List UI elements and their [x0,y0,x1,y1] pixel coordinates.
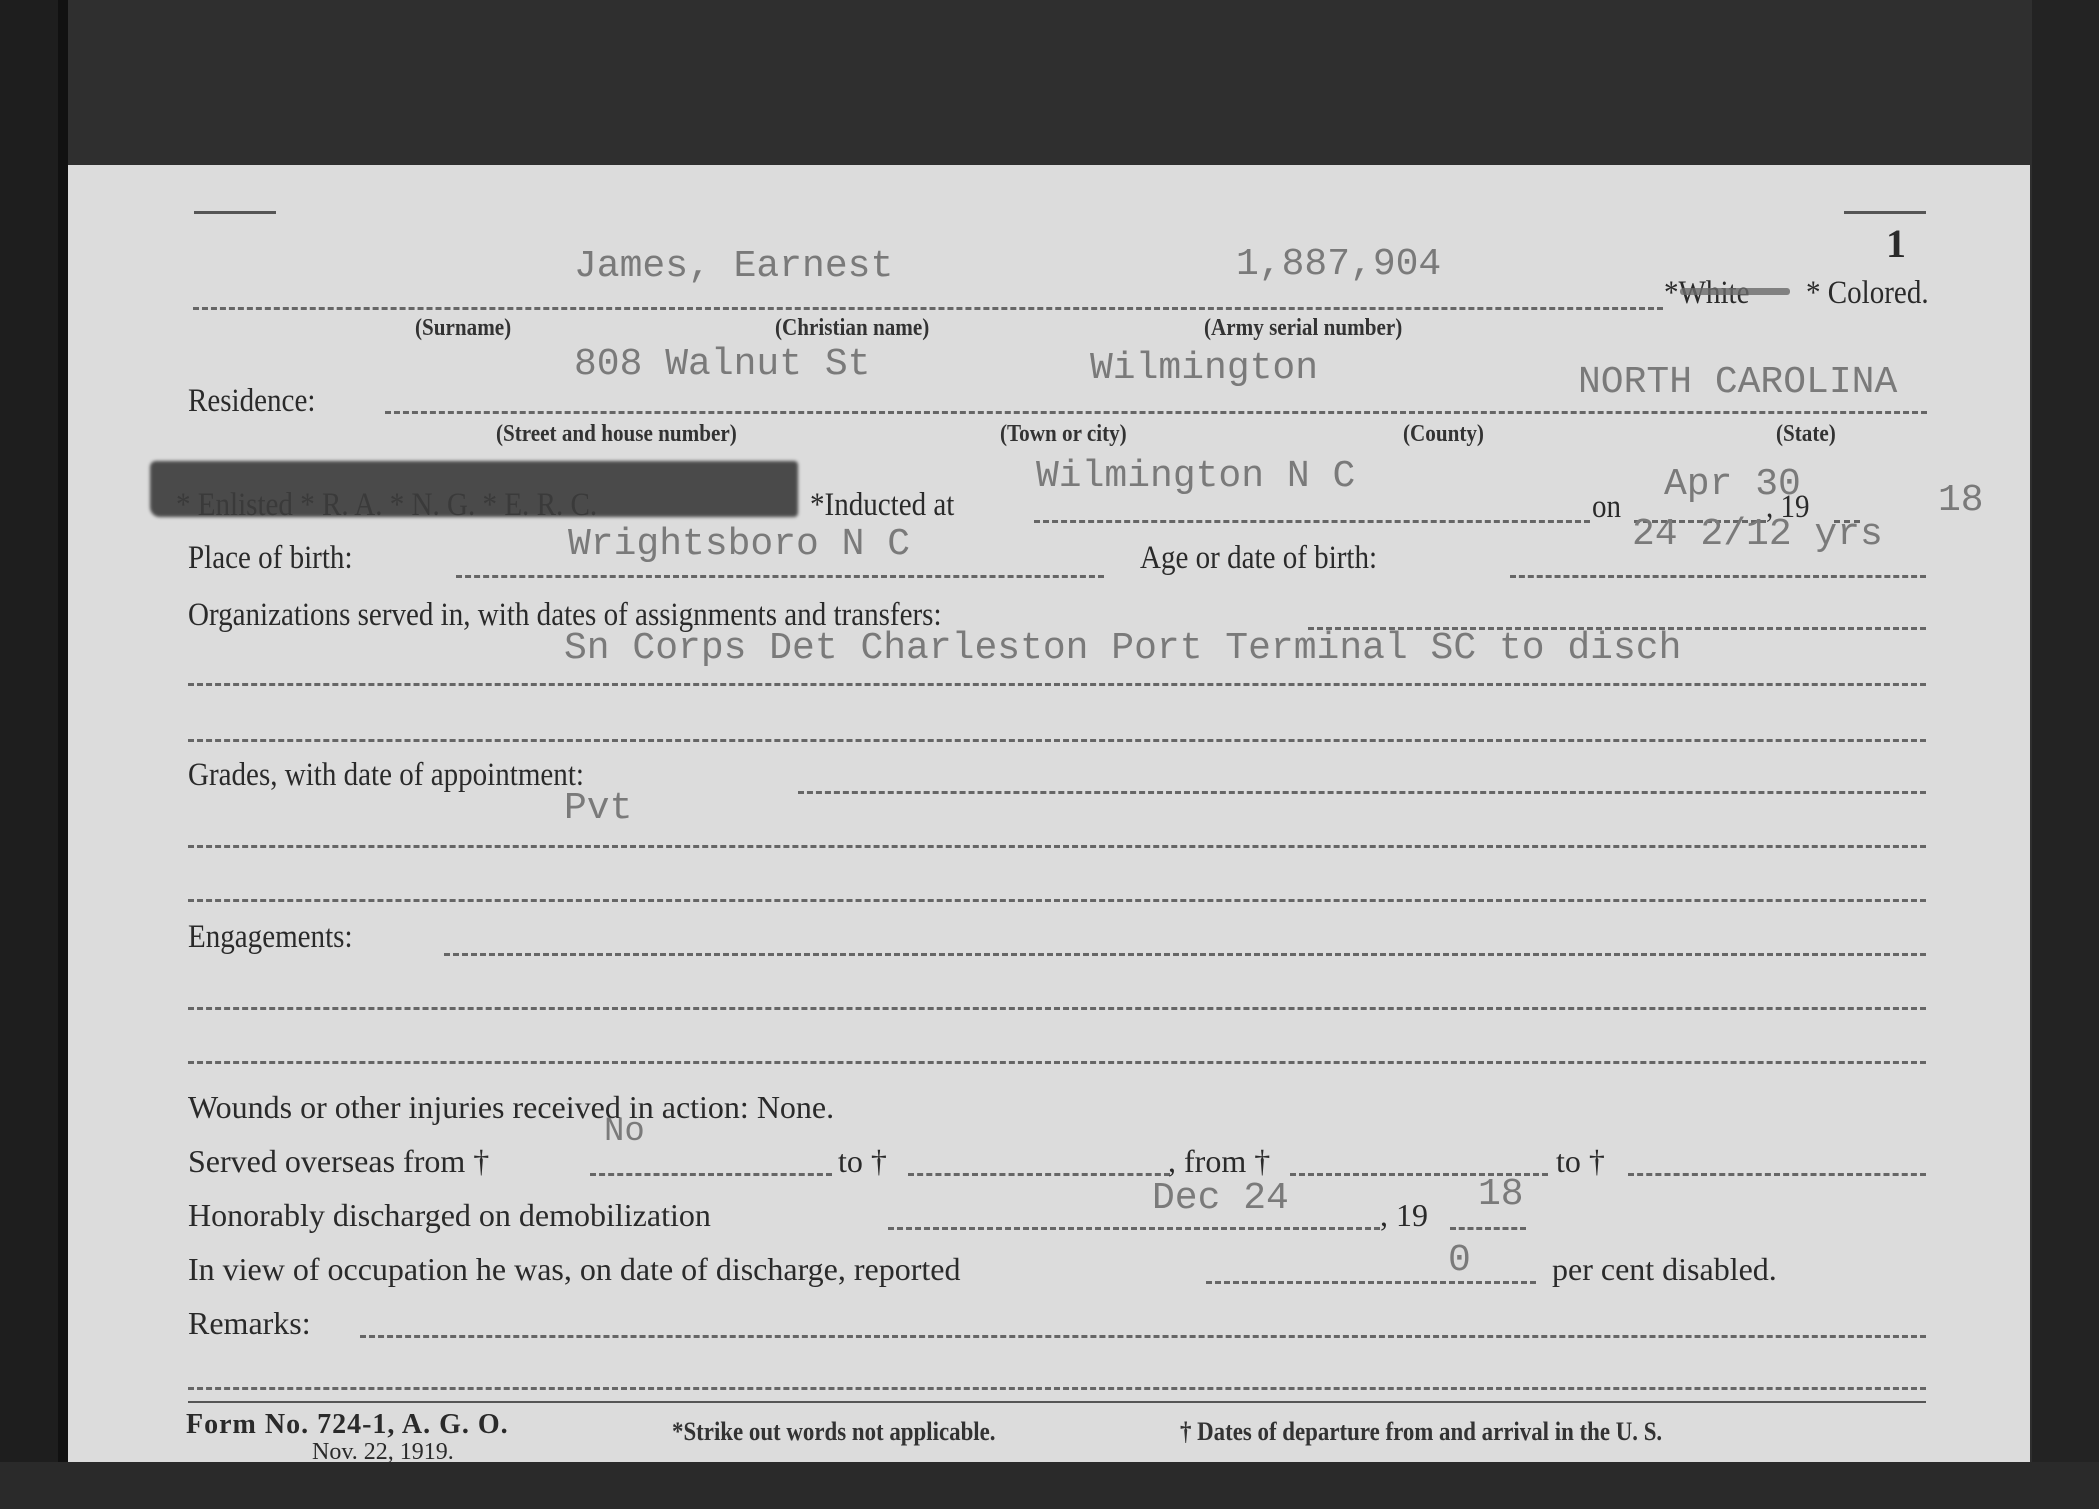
engagements-line-2 [188,1007,1926,1010]
residence-street: 808 Walnut St [574,343,870,386]
overseas-from2-label: , from † [1168,1143,1270,1180]
disability-suffix: per cent disabled. [1552,1251,1777,1288]
serial-label: (Army serial number) [1204,315,1402,342]
overseas-to-label: to † [838,1143,887,1180]
on-label: on [1592,489,1621,526]
race-colored: * Colored. [1806,275,1929,312]
overseas-to-line [908,1173,1170,1176]
discharge-year-prefix: , 19 [1380,1197,1428,1234]
age-value: 24 2/12 yrs [1632,513,1883,556]
footer-rule [188,1401,1926,1403]
enlisted-options: * Enlisted * R. A. * N. G. * E. R. C. [176,487,597,524]
town-label: (Town or city) [1000,421,1127,448]
top-right-rule [1844,211,1926,214]
background-bottom-band [0,1462,2099,1509]
inducted-label: *Inducted at [810,487,954,524]
street-label: (Street and house number) [496,421,737,448]
induction-place: Wilmington N C [1036,455,1355,498]
grades-line-1 [798,791,1926,794]
form-number: Form No. 724-1, A. G. O. [186,1409,509,1441]
induction-year: 18 [1938,479,1984,522]
residence-state: NORTH CAROLINA [1578,361,1897,404]
engagements-line-3 [188,1061,1926,1064]
discharge-date: Dec 24 [1152,1177,1289,1220]
remarks-line-2 [188,1387,1926,1390]
state-label: (State) [1776,421,1836,448]
background-left-edge [58,0,68,1509]
overseas-from-label: Served overseas from † [188,1143,489,1180]
grades-value: Pvt [564,787,632,830]
discharge-label: Honorably discharged on demobilization [188,1197,711,1234]
background-right-strip [2032,0,2099,1509]
disability-line [1206,1281,1536,1284]
top-left-rule [194,211,276,214]
discharge-year: 18 [1478,1173,1524,1216]
county-label: (County) [1403,421,1484,448]
grades-line-3 [188,899,1926,902]
birthplace-label: Place of birth: [188,540,353,577]
engagements-label: Engagements: [188,919,353,956]
serial-value: 1,887,904 [1236,243,1441,286]
name-value: James, Earnest [574,245,893,288]
page-number: 1 [1886,220,1906,267]
engagements-line-1 [444,953,1926,956]
overseas-to2-label: to † [1556,1143,1605,1180]
race-white-strike [1680,288,1790,295]
birthplace-value: Wrightsboro N C [568,523,910,566]
organizations-line-2 [188,683,1926,686]
residence-line [385,411,1927,414]
residence-town: Wilmington [1090,347,1318,390]
age-label: Age or date of birth: [1140,540,1377,577]
surname-label: (Surname) [415,315,511,342]
disability-label: In view of occupation he was, on date of… [188,1251,960,1288]
induction-place-line [1034,520,1590,523]
overseas-to2-line [1628,1173,1926,1176]
remarks-label: Remarks: [188,1305,311,1342]
name-line [193,307,1663,310]
disability-percent: 0 [1448,1239,1471,1282]
age-line [1510,575,1926,578]
grades-label: Grades, with date of appointment: [188,757,584,794]
overseas-from-line [590,1173,832,1176]
christian-name-label: (Christian name) [775,315,929,342]
discharge-year-line [1450,1227,1526,1230]
wounds-label: Wounds or other injuries received in act… [188,1089,834,1126]
service-record-card: 1 James, Earnest 1,887,904 *White * Colo… [68,165,2030,1462]
overseas-from-value: No [604,1113,645,1151]
form-date: Nov. 22, 1919. [312,1439,454,1466]
residence-label: Residence: [188,383,315,420]
organizations-value: Sn Corps Det Charleston Port Terminal SC… [564,627,1681,670]
footnote-dates: † Dates of departure from and arrival in… [1180,1417,1662,1447]
grades-line-2 [188,845,1926,848]
footnote-strike-out: *Strike out words not applicable. [672,1417,996,1447]
background-left-strip [0,0,58,1509]
remarks-line-1 [360,1335,1926,1338]
organizations-line-3 [188,739,1926,742]
discharge-date-line [888,1227,1380,1230]
birthplace-line [456,575,1104,578]
